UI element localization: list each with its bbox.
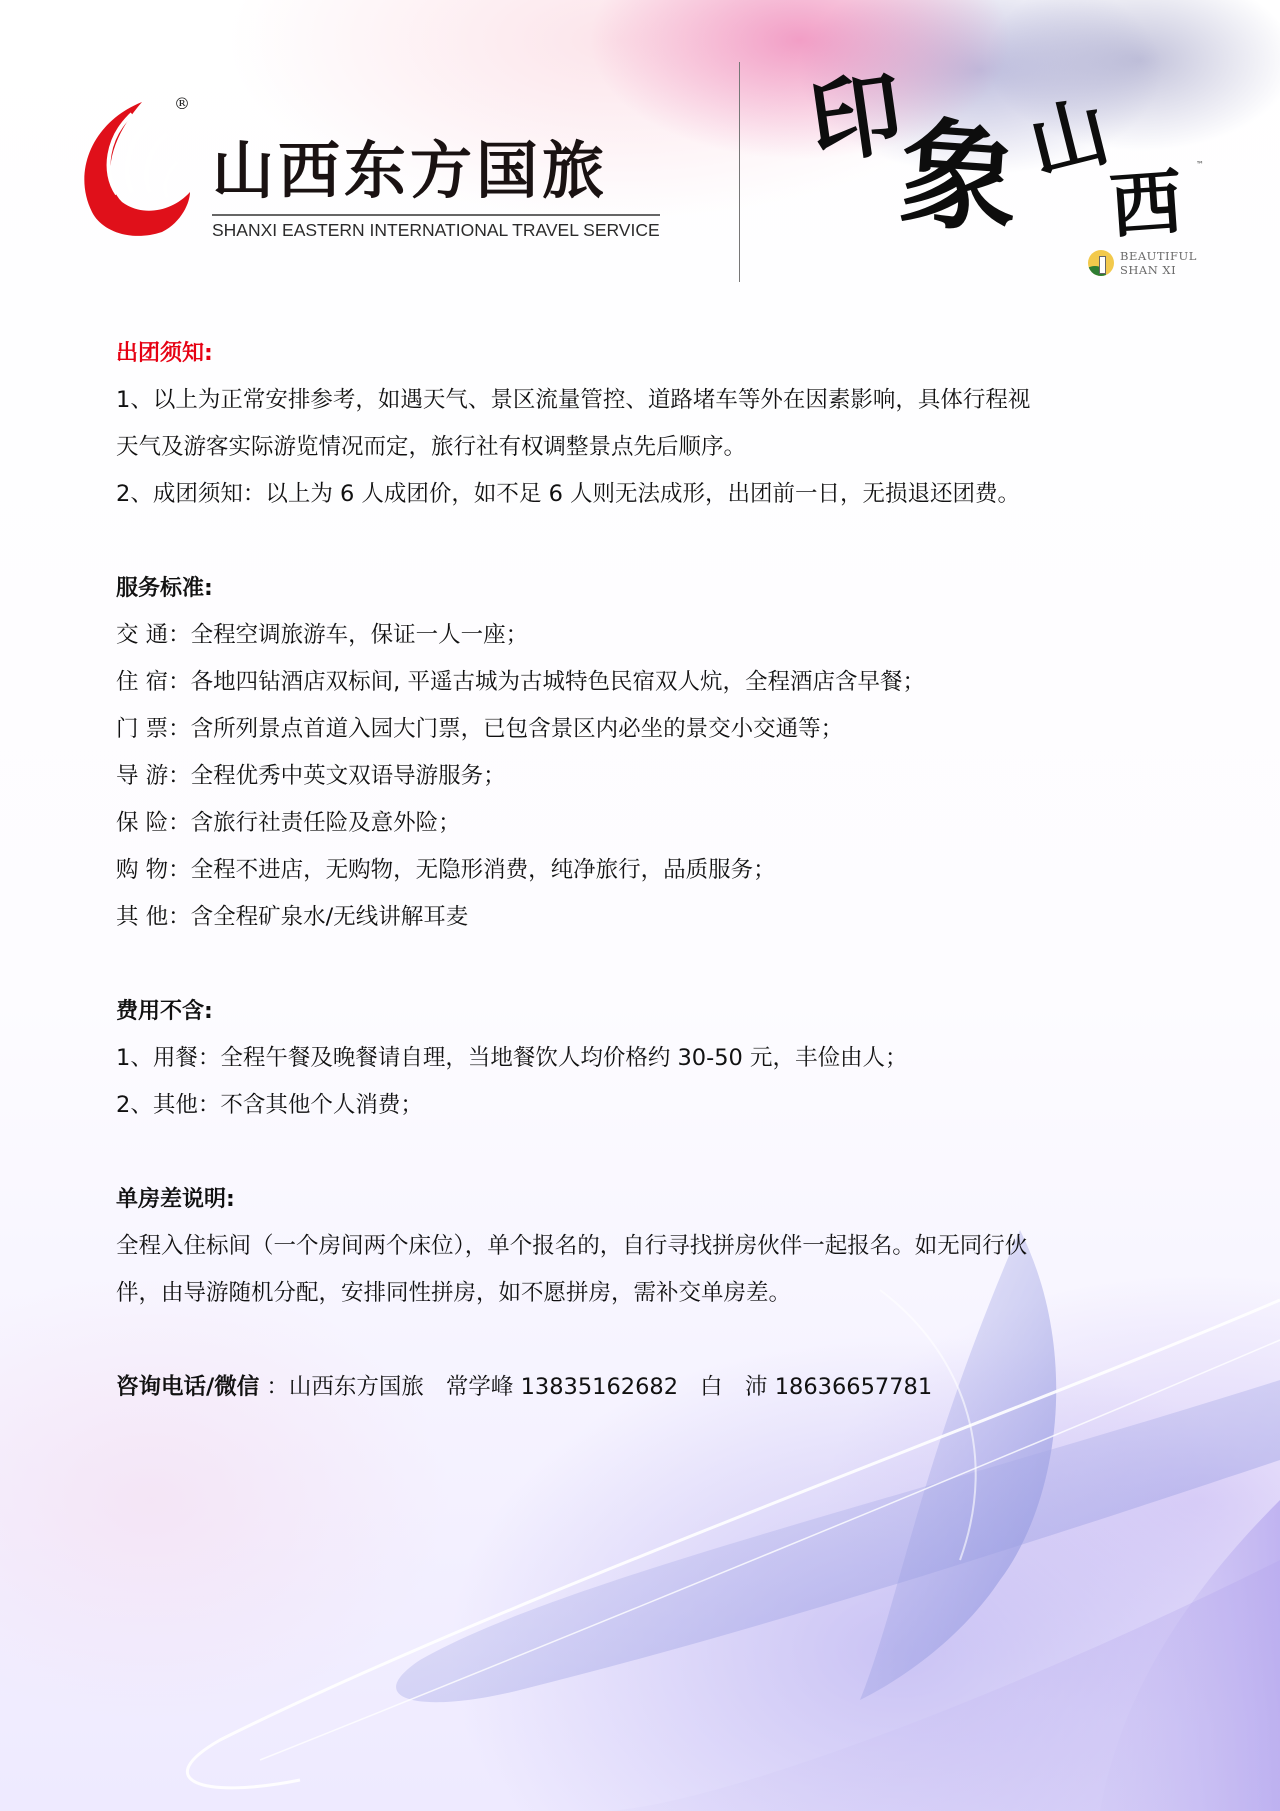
service-item-value: 含旅行社责任险及意外险；: [191, 810, 461, 836]
service-item-label: 保 险：: [116, 800, 191, 847]
section-heading: 费用不含:: [116, 988, 1176, 1035]
contact-section: 咨询电话/微信 ：山西东方国旅常学峰 13835162682白 沛 186366…: [116, 1364, 1176, 1411]
contact-label: 咨询电话/微信: [116, 1374, 259, 1400]
header-divider: [739, 62, 740, 282]
registered-mark: ®: [174, 94, 190, 113]
contact-line: 咨询电话/微信 ：山西东方国旅常学峰 13835162682白 沛 186366…: [116, 1364, 1176, 1411]
contact-phone[interactable]: 13835162682: [521, 1374, 678, 1400]
brand-name-en: SHANXI EASTERN INTERNATIONAL TRAVEL SERV…: [212, 220, 660, 241]
service-item-value: 全程优秀中英文双语导游服务；: [191, 763, 506, 789]
beautiful-shanxi-badge: BEAUTIFUL SHAN XI: [1088, 249, 1197, 277]
pagoda-badge-icon: [1088, 250, 1114, 276]
section-heading: 服务标准:: [116, 565, 1176, 612]
impression-shanxi-calligraphy: 印 象 山 西: [810, 60, 1210, 280]
contact-company: 山西东方国旅: [289, 1374, 424, 1400]
service-item-value: 各地四钻酒店双标间, 平遥古城为古城特色民宿双人炕，全程酒店含早餐；: [191, 669, 925, 695]
service-item: 交 通：全程空调旅游车，保证一人一座；: [116, 612, 1176, 659]
text-line: 2、成团须知：以上为 6 人成团价，如不足 6 人则无法成形，出团前一日，无损退…: [116, 471, 1176, 518]
text-line: 2、其他：不含其他个人消费；: [116, 1082, 1176, 1129]
calligraphy-char: 西: [1108, 166, 1185, 243]
badge-line-1: BEAUTIFUL: [1120, 249, 1197, 263]
calligraphy-char: 山: [1022, 92, 1117, 187]
text-line: 天气及游客实际游览情况而定，旅行社有权调整景点先后顺序。: [116, 424, 1176, 471]
contact-separator: ：: [266, 1374, 289, 1400]
departure-notice-section: 出团须知: 1、以上为正常安排参考，如遇天气、景区流量管控、道路堵车等外在因素影…: [116, 330, 1176, 518]
brand-name-cn: 山西东方国旅: [212, 140, 608, 202]
text-line: 全程入住标间（一个房间两个床位），单个报名的，自行寻找拼房伙伴一起报名。如无同行…: [116, 1223, 1176, 1270]
contact-phone[interactable]: 18636657781: [775, 1374, 932, 1400]
header: ® 山西东方国旅 SHANXI EASTERN INTERNATIONAL TR…: [0, 0, 1280, 300]
service-item-label: 其 他：: [116, 894, 191, 941]
service-item-label: 住 宿：: [116, 659, 191, 706]
service-standard-section: 服务标准: 交 通：全程空调旅游车，保证一人一座； 住 宿：各地四钻酒店双标间,…: [116, 565, 1176, 941]
contact-name: 白 沛: [700, 1374, 768, 1400]
text-line: 1、以上为正常安排参考，如遇天气、景区流量管控、道路堵车等外在因素影响，具体行程…: [116, 377, 1176, 424]
fees-excluded-section: 费用不含: 1、用餐：全程午餐及晚餐请自理，当地餐饮人均价格约 30-50 元，…: [116, 988, 1176, 1129]
section-heading: 出团须知:: [116, 330, 1176, 377]
service-item-label: 交 通：: [116, 612, 191, 659]
service-item: 保 险：含旅行社责任险及意外险；: [116, 800, 1176, 847]
service-item: 购 物：全程不进店，无购物，无隐形消费，纯净旅行，品质服务；: [116, 847, 1176, 894]
document-body: 出团须知: 1、以上为正常安排参考，如遇天气、景区流量管控、道路堵车等外在因素影…: [116, 330, 1176, 1411]
service-item-value: 含全程矿泉水/无线讲解耳麦: [191, 904, 469, 930]
service-item-value: 全程不进店，无购物，无隐形消费，纯净旅行，品质服务；: [191, 857, 776, 883]
calligraphy-char: 象: [896, 114, 1022, 240]
text-line: 伴，由导游随机分配，安排同性拼房，如不愿拼房，需补交单房差。: [116, 1270, 1176, 1317]
single-room-section: 单房差说明: 全程入住标间（一个房间两个床位），单个报名的，自行寻找拼房伙伴一起…: [116, 1176, 1176, 1317]
service-item: 住 宿：各地四钻酒店双标间, 平遥古城为古城特色民宿双人炕，全程酒店含早餐；: [116, 659, 1176, 706]
service-item: 门 票：含所列景点首道入园大门票，已包含景区内必坐的景交小交通等；: [116, 706, 1176, 753]
phoenix-logo-icon: [72, 92, 192, 242]
calligraphy-char: 印: [804, 66, 908, 170]
brand-rule: [212, 214, 660, 216]
text-line: 1、用餐：全程午餐及晚餐请自理，当地餐饮人均价格约 30-50 元，丰俭由人；: [116, 1035, 1176, 1082]
contact-name: 常学峰: [446, 1374, 514, 1400]
service-item: 导 游：全程优秀中英文双语导游服务；: [116, 753, 1176, 800]
service-item-label: 购 物：: [116, 847, 191, 894]
service-item: 其 他：含全程矿泉水/无线讲解耳麦: [116, 894, 1176, 941]
section-heading: 单房差说明:: [116, 1176, 1176, 1223]
service-item-label: 导 游：: [116, 753, 191, 800]
service-item-value: 全程空调旅游车，保证一人一座；: [191, 622, 529, 648]
service-item-label: 门 票：: [116, 706, 191, 753]
service-item-value: 含所列景点首道入园大门票，已包含景区内必坐的景交小交通等；: [191, 716, 844, 742]
badge-line-2: SHAN XI: [1120, 263, 1197, 277]
trademark-mark: ™: [1196, 160, 1204, 169]
